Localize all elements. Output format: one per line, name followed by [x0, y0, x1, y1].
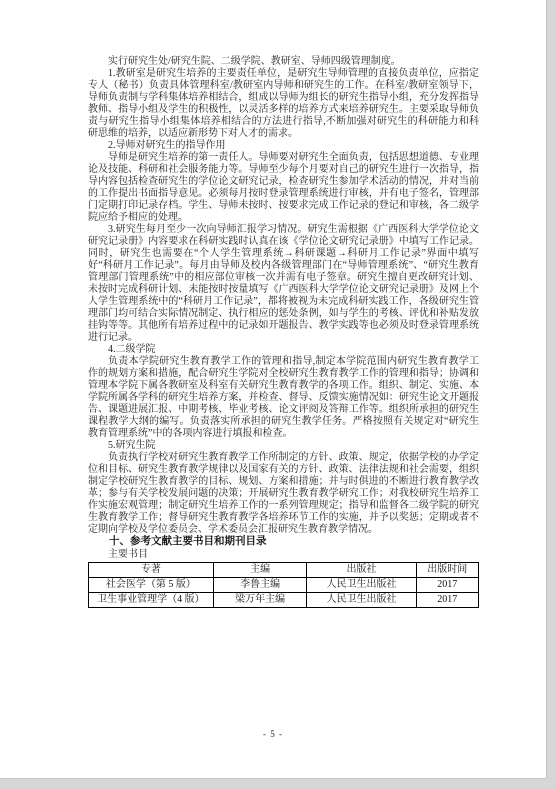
table-header-cell: 出版时间 [416, 563, 478, 578]
paragraph: 负责执行学校对研究生教育教学工作所制定的方针、政策、规定，依据学校的办学定位和目… [88, 452, 479, 536]
body-text: 实行研究生处/研究生院、二级学院、教研室、导师四级管理制度。1.教研室是研究生培… [88, 56, 479, 536]
paragraph: 导师是研究生培养的第一责任人。导师要对研究生全面负责，包括思想道德、专业理论及技… [88, 152, 479, 224]
table-cell: 社会医学（第 5 版） [89, 578, 214, 593]
paragraph: 5.研究生院 [88, 440, 479, 452]
table-row: 卫生事业管理学（4 版）梁万年主编人民卫生出版社2017 [89, 593, 479, 608]
paragraph: 负责本学院研究生教育教学工作的管理和指导,制定本学院范围内研究生教育教学工作的规… [88, 356, 479, 440]
book-table: 专著主编出版社出版时间 社会医学（第 5 版）李鲁主编人民卫生出版社2017卫生… [88, 562, 479, 608]
paragraph: 实行研究生处/研究生院、二级学院、教研室、导师四级管理制度。 [88, 56, 479, 68]
table-cell: 梁万年主编 [213, 593, 307, 608]
table-cell: 人民卫生出版社 [307, 593, 416, 608]
table-header-cell: 专著 [89, 563, 214, 578]
table-cell: 卫生事业管理学（4 版） [89, 593, 214, 608]
table-header-row: 专著主编出版社出版时间 [89, 563, 479, 578]
document-viewer: 实行研究生处/研究生院、二级学院、教研室、导师四级管理制度。1.教研室是研究生培… [0, 0, 556, 789]
table-row: 社会医学（第 5 版）李鲁主编人民卫生出版社2017 [89, 578, 479, 593]
document-page: 实行研究生处/研究生院、二级学院、教研室、导师四级管理制度。1.教研室是研究生培… [0, 0, 547, 779]
table-header-cell: 主编 [213, 563, 307, 578]
page-number: - 5 - [0, 729, 546, 739]
table-cell: 2017 [416, 593, 478, 608]
page-content: 实行研究生处/研究生院、二级学院、教研室、导师四级管理制度。1.教研室是研究生培… [88, 56, 479, 608]
table-cell: 李鲁主编 [213, 578, 307, 593]
paragraph: 4.二级学院 [88, 344, 479, 356]
section-heading: 十、参考文献主要书目和期刊目录 [88, 536, 479, 549]
table-cell: 2017 [416, 578, 478, 593]
paragraph: 3.研究生每月至少一次向导师汇报学习情况。研究生需根据《广西医科大学学位论文研究… [88, 224, 479, 344]
paragraph: 2.导师对研究生的指导作用 [88, 140, 479, 152]
table-header-cell: 出版社 [307, 563, 416, 578]
table-cell: 人民卫生出版社 [307, 578, 416, 593]
paragraph: 1.教研室是研究生培养的主要责任单位，是研究生导师管理的直接负责单位，应指定专人… [88, 68, 479, 140]
table-caption: 主要书目 [88, 549, 479, 562]
